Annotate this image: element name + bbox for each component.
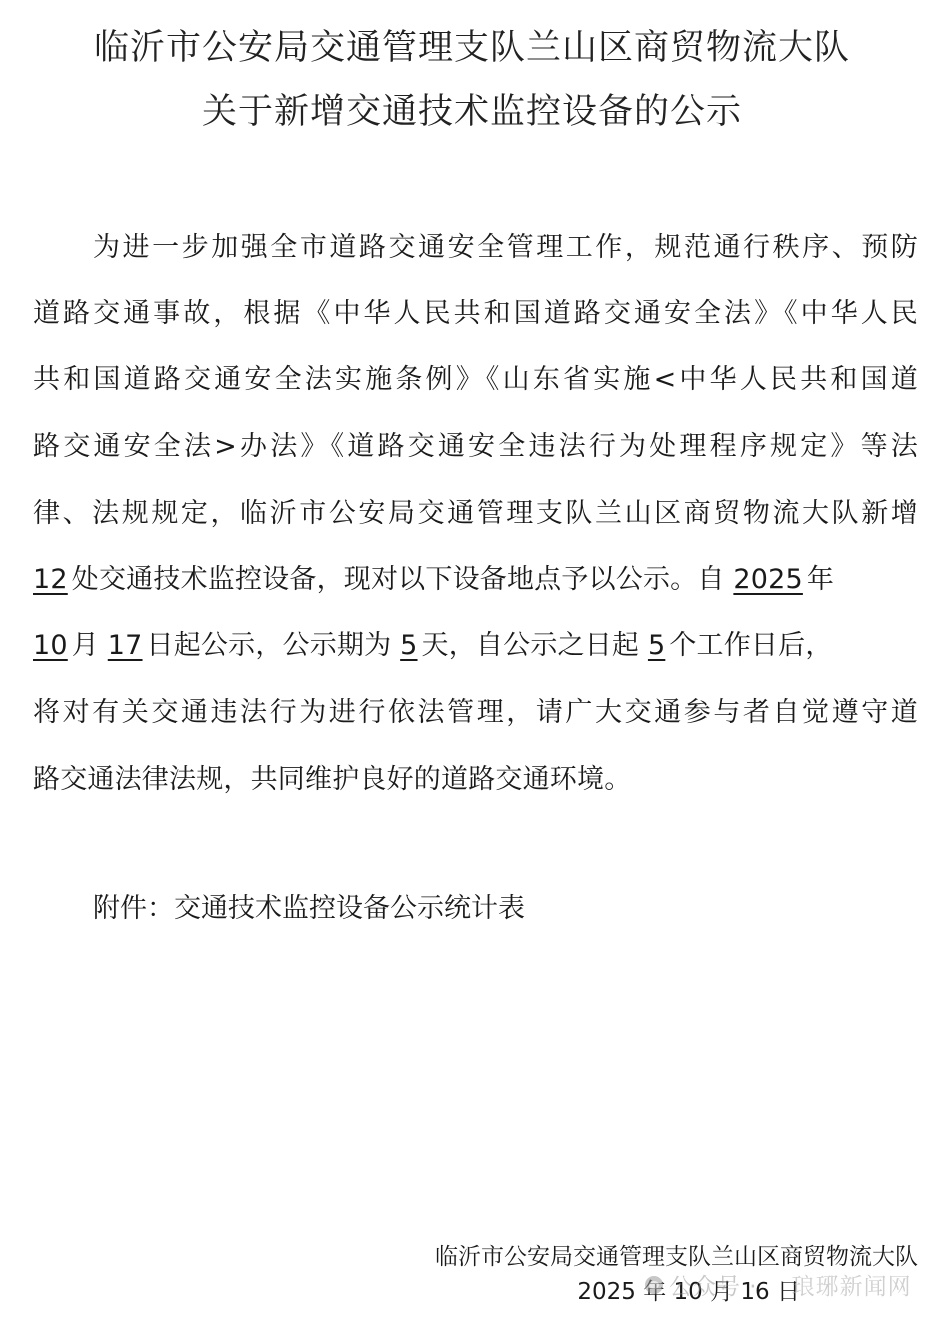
paragraph-line-6: 12处交通技术监控设备，现对以下设备地点予以公示。自 2025年 <box>33 557 918 596</box>
paragraph-line-8: 将对有关交通违法行为进行依法管理，请广大交通参与者自觉遵守道 <box>33 690 918 729</box>
start-year: 2025 <box>733 564 807 595</box>
line7-text-a: 月 <box>72 630 99 661</box>
signature-date: 2025 年 10 月 16 日 <box>577 1273 800 1306</box>
paragraph-line-9: 路交通法律法规，共同维护良好的道路交通环境。 <box>33 757 918 796</box>
start-month: 10 <box>33 630 72 661</box>
watermark-source: 琅琊新闻网 <box>792 1268 912 1301</box>
paragraph-line-3: 共和国道路交通安全法实施条例》《山东省实施<中华人民共和国道 <box>33 357 918 396</box>
notice-period-days: 5 <box>400 630 421 661</box>
title-line-2: 关于新增交通技术监控设备的公示 <box>0 84 944 134</box>
line7-text-b: 日起公示，公示期为 <box>147 630 392 661</box>
paragraph-line-7: 10月 17日起公示，公示期为 5天，自公示之日起 5个工作日后， <box>33 623 918 662</box>
line6-text-a: 处交通技术监控设备，现对以下设备地点予以公示。自 <box>72 564 725 595</box>
line7-text-c: 天，自公示之日起 <box>422 630 640 661</box>
start-day: 17 <box>108 630 147 661</box>
work-days: 5 <box>648 630 669 661</box>
paragraph-line-1: 为进一步加强全市道路交通安全管理工作，规范通行秩序、预防 <box>93 225 918 264</box>
signature-organization: 临沂市公安局交通管理支队兰山区商贸物流大队 <box>435 1238 918 1271</box>
attachment-note: 附件：交通技术监控设备公示统计表 <box>93 886 525 925</box>
paragraph-line-2: 道路交通事故，根据《中华人民共和国道路交通安全法》《中华人民 <box>33 291 918 330</box>
paragraph-line-5: 律、法规规定，临沂市公安局交通管理支队兰山区商贸物流大队新增 <box>33 491 918 530</box>
title-line-1: 临沂市公安局交通管理支队兰山区商贸物流大队 <box>0 20 944 70</box>
line6-text-b: 年 <box>807 564 834 595</box>
paragraph-line-4: 路交通安全法>办法》《道路交通安全违法行为处理程序规定》等法 <box>33 424 918 463</box>
line7-text-d: 个工作日后， <box>669 630 832 661</box>
device-count: 12 <box>33 564 72 595</box>
